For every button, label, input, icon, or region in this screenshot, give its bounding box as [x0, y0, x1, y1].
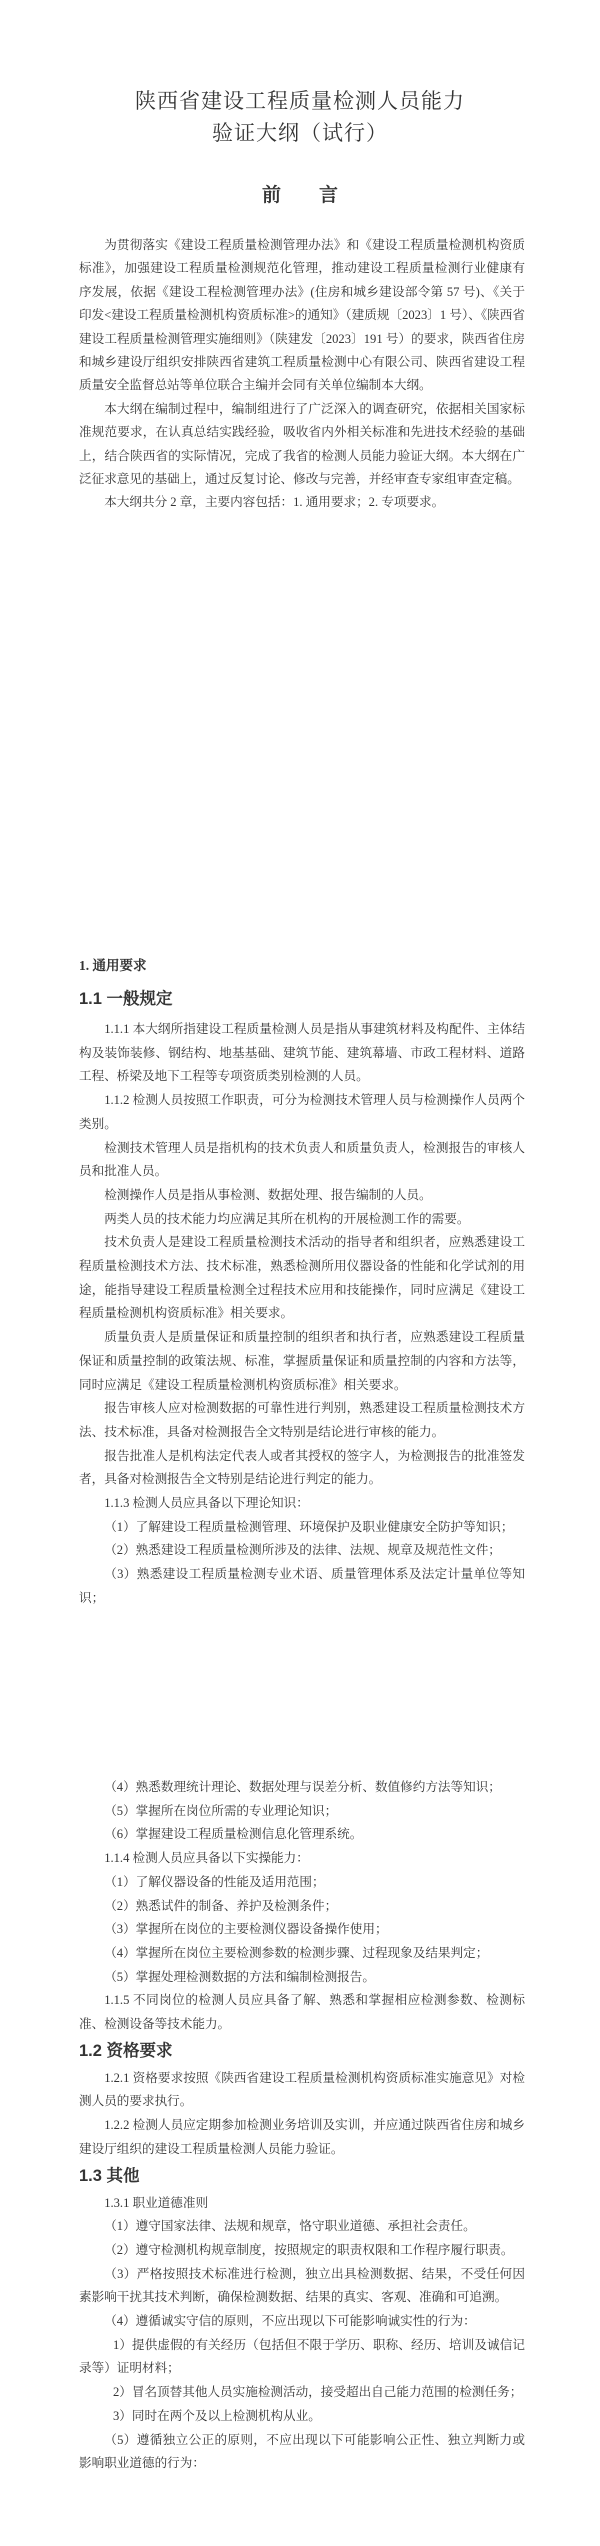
list-item: （1）了解建设工程质量检测管理、环境保护及职业健康安全防护等知识； — [79, 1516, 525, 1540]
list-item: （4）熟悉数理统计理论、数据处理与误差分析、数值修约方法等知识； — [79, 1776, 525, 1800]
clause-1-1-2: 1.1.2 检测人员按照工作职责，可分为检测技术管理人员与检测操作人员两个类别。 — [79, 1089, 525, 1136]
list-item: （3）掌握所在岗位的主要检测仪器设备操作使用； — [79, 1918, 525, 1942]
list-item: （2）熟悉建设工程质量检测所涉及的法律、法规、规章及规范性文件； — [79, 1539, 525, 1563]
chapter1-body-page2: 1. 通用要求 1.1 一般规定 1.1.1 本大纲所指建设工程质量检测人员是指… — [79, 957, 525, 1611]
foreword-paragraph: 本大纲在编制过程中，编制组进行了广泛深入的调查研究，依据相关国家标准规范要求，在… — [79, 398, 525, 492]
list-item: （2）熟悉试件的制备、养护及检测条件； — [79, 1895, 525, 1919]
document-page: 陕西省建设工程质量检测人员能力 验证大纲（试行） 前 言 为贯彻落实《建设工程质… — [0, 0, 600, 2546]
list-item: （3）严格按照技术标准进行检测，独立出具检测数据、结果，不受任何因素影响干扰其技… — [79, 2263, 525, 2310]
sub-list-item: 3）同时在两个及以上检测机构从业。 — [79, 2405, 525, 2429]
clause-1-1-2-sub: 报告审核人应对检测数据的可靠性进行判别，熟悉建设工程质量检测技术方法、技术标准，… — [79, 1397, 525, 1444]
clause-1-3-1: 1.3.1 职业道德准则 — [79, 2192, 525, 2216]
list-item: （5）掌握所在岗位所需的专业理论知识； — [79, 1800, 525, 1824]
foreword-heading: 前 言 — [0, 183, 600, 209]
list-item: （6）掌握建设工程质量检测信息化管理系统。 — [79, 1823, 525, 1847]
clause-1-1-2-sub: 技术负责人是建设工程质量检测技术活动的指导者和组织者，应熟悉建设工程质量检测技术… — [79, 1231, 525, 1326]
clause-1-1-2-sub: 报告批准人是机构法定代表人或者其授权的签字人，为检测报告的批准签发者，具备对检测… — [79, 1445, 525, 1492]
document-title-line-1: 陕西省建设工程质量检测人员能力 — [0, 85, 600, 117]
clause-1-1-1: 1.1.1 本大纲所指建设工程质量检测人员是指从事建筑材料及构配件、主体结构及装… — [79, 1018, 525, 1089]
list-item: （3）熟悉建设工程质量检测专业术语、质量管理体系及法定计量单位等知识； — [79, 1563, 525, 1610]
foreword-paragraph: 为贯彻落实《建设工程质量检测管理办法》和《建设工程质量检测机构资质标准》，加强建… — [79, 234, 525, 398]
section-1-3-heading: 1.3 其他 — [79, 2164, 525, 2188]
clause-1-1-5: 1.1.5 不同岗位的检测人员应具备了解、熟悉和掌握相应检测参数、检测标准、检测… — [79, 1989, 525, 2036]
document-title-line-2: 验证大纲（试行） — [0, 117, 600, 149]
clause-1-2-1: 1.2.1 资格要求按照《陕西省建设工程质量检测机构资质标准实施意见》对检测人员… — [79, 2067, 525, 2114]
clause-1-1-2-sub: 两类人员的技术能力均应满足其所在机构的开展检测工作的需要。 — [79, 1208, 525, 1232]
chapter1-heading: 1. 通用要求 — [79, 957, 525, 975]
foreword-body: 为贯彻落实《建设工程质量检测管理办法》和《建设工程质量检测机构资质标准》，加强建… — [79, 234, 525, 515]
list-item: （2）遵守检测机构规章制度，按照规定的职责权限和工作程序履行职责。 — [79, 2239, 525, 2263]
list-item: （1）遵守国家法律、法规和规章，恪守职业道德、承担社会责任。 — [79, 2215, 525, 2239]
clause-1-1-2-sub: 检测操作人员是指从事检测、数据处理、报告编制的人员。 — [79, 1184, 525, 1208]
list-item: （1）了解仪器设备的性能及适用范围； — [79, 1871, 525, 1895]
list-item: （5）遵循独立公正的原则，不应出现以下可能影响公正性、独立判断力或影响职业道德的… — [79, 2429, 525, 2476]
list-item: （4）遵循诚实守信的原则，不应出现以下可能影响诚实性的行为： — [79, 2310, 525, 2334]
clause-1-1-2-sub: 检测技术管理人员是指机构的技术负责人和质量负责人，检测报告的审核人员和批准人员。 — [79, 1137, 525, 1184]
clause-1-1-3: 1.1.3 检测人员应具备以下理论知识： — [79, 1492, 525, 1516]
clause-1-1-4: 1.1.4 检测人员应具备以下实操能力： — [79, 1847, 525, 1871]
list-item: （5）掌握处理检测数据的方法和编制检测报告。 — [79, 1966, 525, 1990]
foreword-paragraph: 本大纲共分 2 章，主要内容包括：1. 通用要求；2. 专项要求。 — [79, 491, 525, 514]
clause-1-2-2: 1.2.2 检测人员应定期参加检测业务培训及实训，并应通过陕西省住房和城乡建设厅… — [79, 2114, 525, 2161]
sub-list-item: 2）冒名顶替其他人员实施检测活动，接受超出自己能力范围的检测任务； — [79, 2381, 525, 2405]
document-title: 陕西省建设工程质量检测人员能力 验证大纲（试行） — [0, 85, 600, 149]
section-1-1-heading: 1.1 一般规定 — [79, 987, 525, 1011]
clause-1-1-2-sub: 质量负责人是质量保证和质量控制的组织者和执行者，应熟悉建设工程质量保证和质量控制… — [79, 1326, 525, 1397]
list-item: （4）掌握所在岗位主要检测参数的检测步骤、过程现象及结果判定； — [79, 1942, 525, 1966]
section-1-2-heading: 1.2 资格要求 — [79, 2039, 525, 2063]
chapter1-body-page3: （4）熟悉数理统计理论、数据处理与误差分析、数值修约方法等知识； （5）掌握所在… — [79, 1776, 525, 2476]
sub-list-item: 1）提供虚假的有关经历（包括但不限于学历、职称、经历、培训及诚信记录等）证明材料… — [79, 2334, 525, 2381]
